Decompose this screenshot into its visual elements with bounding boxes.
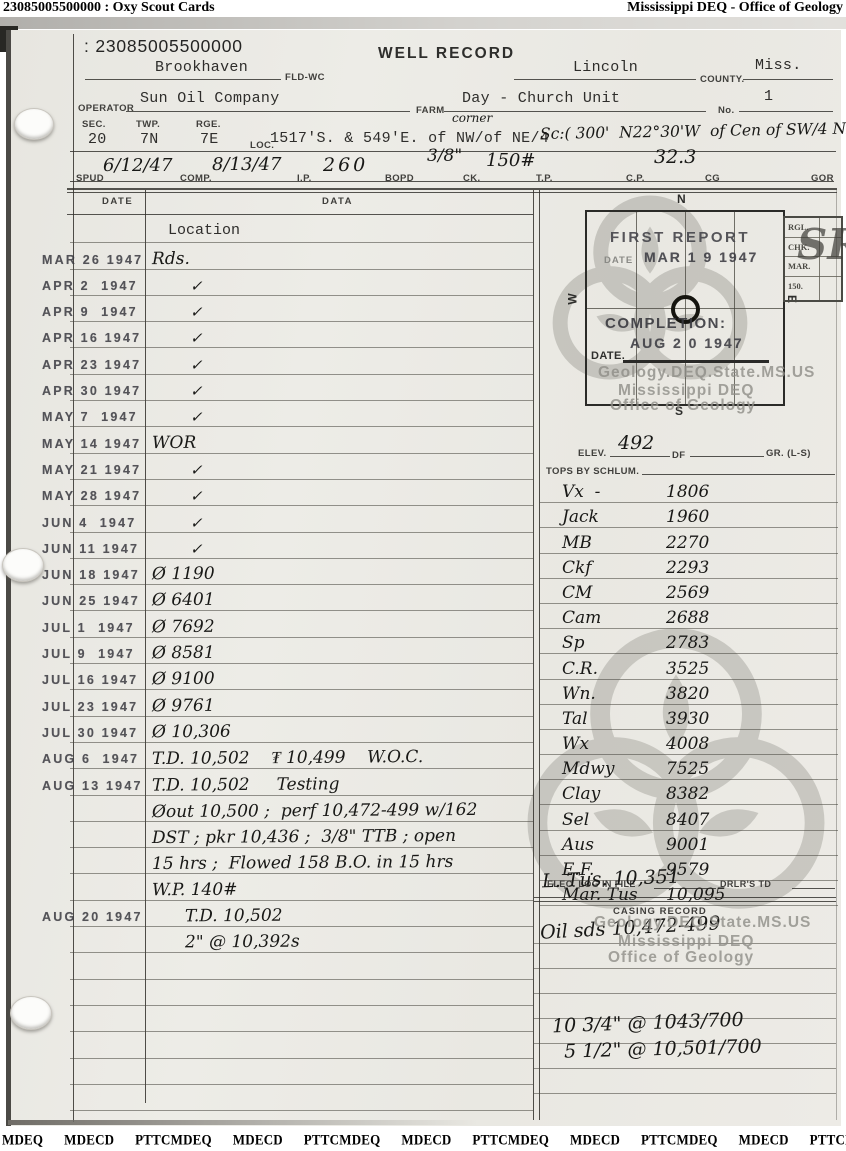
punch-hole — [14, 108, 54, 140]
table-top-line-2 — [67, 192, 837, 193]
formation-name: Vx - — [562, 482, 600, 502]
log-data-entry: Ø 9761 — [152, 695, 215, 715]
log-row: 2" @ 10,392s — [70, 927, 533, 953]
scan-bottom-edge — [8, 1120, 478, 1125]
formation-top-row: CM2569 — [540, 579, 838, 604]
page-title-bar: 23085005500000 : Oxy Scout Cards Mississ… — [0, 0, 846, 17]
title-bar-left: 23085005500000 : Oxy Scout Cards — [3, 0, 215, 17]
log-date-stamp: APR 16 1947 — [42, 331, 141, 345]
tops-rows: Vx -1806Jack1960MB2270Ckf2293CM2569Cam26… — [540, 478, 838, 906]
formation-top-row: Jack1960 — [540, 503, 838, 528]
log-date-stamp: JUN 4 1947 — [42, 516, 136, 530]
log-row: APR 23 1947✓ — [70, 348, 533, 374]
date-column-header: DATE — [102, 196, 133, 207]
formation-name: Sel — [562, 810, 589, 830]
comp-value: 8/13/47 — [212, 154, 281, 175]
footer-bar: MDEQ MDECD PTTCMDEQ MDECD PTTCMDEQ MDECD… — [0, 1129, 846, 1151]
log-row: AUG 20 1947T.D. 10,502 — [70, 901, 533, 927]
tops-underline — [642, 474, 835, 475]
scout-location-note: Sc:( 300' N22°30'W of Cen of SW/4 NE/4 ) — [540, 119, 846, 143]
formation-depth: 2270 — [666, 533, 709, 553]
watermark-url: Geology.DEQ.State.MS.US — [598, 364, 815, 382]
first-report-date-stamp: MAR 1 9 1947 — [644, 249, 758, 265]
drlrs-td-label: DRLR'S TD — [720, 879, 771, 889]
drlrs-td-underline — [792, 888, 835, 889]
log-date-stamp: JUN 11 1947 — [42, 542, 139, 556]
formation-name: Mdwy — [562, 759, 614, 779]
df-label: DF — [672, 450, 685, 461]
file-routing-stamp: RGL.CHK.MAR.150. SR — [783, 216, 843, 302]
state-underline — [743, 79, 833, 80]
log-data-entry: Ø 6401 — [152, 590, 215, 610]
log-date-stamp: MAY 7 1947 — [42, 410, 138, 424]
log-row: MAR 26 1947Rds. — [70, 243, 533, 269]
log-row: JUL 9 1947Ø 8581 — [70, 638, 533, 664]
field-underline — [85, 79, 281, 80]
log-date-stamp: JUL 30 1947 — [42, 726, 138, 740]
log-row: JUN 11 1947✓ — [70, 533, 533, 559]
formation-top-row: Wx4008 — [540, 730, 838, 755]
formation-top-row: MB2270 — [540, 528, 838, 553]
elev-label: ELEV. — [578, 448, 607, 459]
formation-depth: 8407 — [666, 810, 709, 830]
log-data-entry: ✓ — [190, 461, 203, 479]
formation-name: Clay — [562, 784, 600, 804]
formation-name: Sp — [562, 633, 585, 653]
county-value: Lincoln — [573, 59, 638, 76]
log-row: JUL 16 1947Ø 9100 — [70, 664, 533, 690]
log-date-stamp: AUG 6 1947 — [42, 752, 139, 766]
formation-name: Jack — [562, 507, 599, 527]
formation-name: Wx — [562, 734, 589, 754]
log-row: JUL 1 1947Ø 7692 — [70, 611, 533, 637]
operator-value: Sun Oil Company — [140, 90, 280, 107]
formation-name: Aus — [562, 835, 594, 855]
log-row: JUL 23 1947Ø 9761 — [70, 690, 533, 716]
data-column-header: DATA — [322, 196, 353, 207]
title-bar-right: Mississippi DEQ - Office of Geology — [627, 0, 843, 17]
formation-name: Tal — [562, 709, 588, 729]
formation-top-row: Sel8407 — [540, 805, 838, 830]
log-row: 15 hrs ; Flowed 158 B.O. in 15 hrs — [70, 848, 533, 874]
log-data-entry: Ø 7692 — [152, 617, 215, 637]
first-report-date-label: DATE — [604, 255, 633, 266]
log-data-entry: Location — [168, 222, 240, 239]
twp-value: 7N — [140, 131, 159, 148]
log-date-stamp: JUL 16 1947 — [42, 673, 138, 687]
log-date-stamp: MAR 26 1947 — [42, 253, 143, 267]
log-date-stamp: JUL 1 1947 — [42, 621, 135, 635]
farm-label: FARM — [416, 105, 445, 116]
choke-value: 3/8" — [427, 146, 462, 166]
formation-top-row: Wn.3820 — [540, 680, 838, 705]
formation-name: MB — [562, 533, 592, 553]
log-data-entry: T.D. 10,502 Testing — [152, 774, 340, 795]
log-row: JUL 30 1947Ø 10,306 — [70, 717, 533, 743]
formation-top-row: Cam2688 — [540, 604, 838, 629]
field-name-value: Brookhaven — [155, 59, 248, 76]
formation-depth: 3820 — [666, 684, 709, 704]
log-data-entry: WOR — [152, 433, 196, 453]
formation-name: Ckf — [562, 558, 592, 578]
log-date-stamp: MAY 21 1947 — [42, 463, 141, 477]
log-data-entry: ✓ — [190, 540, 203, 558]
watermark-office-bottom: Office of Geology — [608, 949, 754, 967]
ck-value: 150# — [486, 150, 535, 171]
formation-name: C.R. — [562, 659, 598, 679]
field-label: FLD-WC — [285, 72, 325, 83]
formation-depth: 2569 — [666, 583, 709, 603]
log-row: JUN 4 1947✓ — [70, 506, 533, 532]
spud-value: 6/12/47 — [103, 155, 172, 176]
log-data-entry: 15 hrs ; Flowed 158 B.O. in 15 hrs — [152, 852, 453, 874]
log-row: DST ; pkr 10,436 ; 3/8" TTB ; open — [70, 822, 533, 848]
log-row: Øout 10,500 ; perf 10,472-499 w/162 — [70, 796, 533, 822]
gr-label: GR. (L-S) — [766, 448, 811, 459]
completion-date-stamp: AUG 2 0 1947 — [630, 335, 744, 351]
log-row: MAY 14 1947WOR — [70, 427, 533, 453]
log-row — [70, 1006, 533, 1032]
log-row: W.P. 140# — [70, 874, 533, 900]
formation-depth: 2688 — [666, 608, 709, 628]
footer-group: MDEQ MDECD PTTC — [677, 1131, 846, 1149]
elev-value: 492 — [618, 432, 654, 454]
state-value: Miss. — [755, 57, 802, 74]
log-row — [70, 1059, 533, 1085]
formation-depth: 2783 — [666, 633, 709, 653]
log-data-entry: ✓ — [190, 303, 203, 321]
sec-value: 20 — [88, 131, 107, 148]
log-data-entry: ✓ — [190, 329, 203, 347]
log-row — [70, 1032, 533, 1058]
log-row: APR 16 1947✓ — [70, 322, 533, 348]
log-date-stamp: APR 30 1947 — [42, 384, 141, 398]
twp-label: TWP. — [136, 119, 160, 130]
county-label: COUNTY. — [700, 74, 745, 85]
formation-depth: 3525 — [666, 659, 709, 679]
log-row: Location — [70, 217, 533, 243]
county-underline — [514, 79, 696, 80]
log-data-entry: ✓ — [190, 277, 203, 295]
log-row: MAY 21 1947✓ — [70, 454, 533, 480]
well-record-card: : 23085005500000 WELL RECORD Brookhaven … — [6, 30, 841, 1126]
formation-depth: 2293 — [666, 558, 709, 578]
formation-depth: 3930 — [666, 709, 709, 729]
formation-top-row: Sp2783 — [540, 629, 838, 654]
log-data-entry: ✓ — [190, 356, 203, 374]
well-no-label: No. — [718, 105, 735, 116]
log-date-stamp: MAY 14 1947 — [42, 437, 141, 451]
completion-date-underline — [623, 360, 769, 363]
ip-value: 260 — [323, 154, 368, 176]
watermark-office: Office of Geology — [610, 397, 756, 415]
well-no-underline — [739, 111, 833, 112]
footer-group: MDEQ MDECD PTTC — [508, 1131, 677, 1149]
footer-group: MDEQ MDECD PTTC — [171, 1131, 340, 1149]
first-report-stamp: FIRST REPORT — [610, 229, 750, 246]
log-date-stamp: JUL 23 1947 — [42, 700, 138, 714]
tops-label: TOPS BY SCHLUM. — [546, 466, 639, 477]
elev-underline — [610, 456, 670, 457]
rge-label: RGE. — [196, 119, 221, 130]
log-date-stamp: AUG 20 1947 — [42, 910, 143, 924]
punch-hole — [2, 548, 44, 582]
log-date-stamp: AUG 13 1947 — [42, 779, 143, 793]
formation-top-row: Tal3930 — [540, 705, 838, 730]
log-row: MAY 28 1947✓ — [70, 480, 533, 506]
log-row — [70, 980, 533, 1006]
log-row — [70, 1085, 533, 1111]
log-data-entry: Ø 10,306 — [152, 722, 231, 743]
operator-underline — [126, 111, 410, 112]
log-row: AUG 6 1947T.D. 10,502 ₮ 10,499 W.O.C. — [70, 743, 533, 769]
completion-date-label: DATE. — [591, 350, 625, 362]
formation-depth: 1960 — [666, 507, 709, 527]
spud-line-underline — [70, 181, 834, 182]
completion-stamp: COMPLETION: — [605, 315, 727, 332]
formation-depth: 4008 — [666, 734, 709, 754]
formation-name: CM — [562, 583, 592, 603]
records-divider-2 — [534, 901, 836, 902]
log-date-stamp: APR 23 1947 — [42, 358, 141, 372]
log-data-entry: ✓ — [190, 408, 203, 426]
rge-value: 7E — [200, 131, 219, 148]
log-rows: LocationMAR 26 1947Rds.APR 2 1947✓APR 9 … — [70, 217, 533, 1137]
farm-value: Day - Church Unit — [462, 90, 620, 107]
loc-value: 1517'S. & 549'E. of NW/of NE/4 — [270, 130, 549, 147]
formation-top-row: Ckf2293 — [540, 554, 838, 579]
log-row: MAY 7 1947✓ — [70, 401, 533, 427]
card-title: WELL RECORD — [378, 45, 515, 63]
table-header-underline — [67, 214, 533, 215]
cp-value: 32.3 — [654, 146, 696, 168]
log-row: APR 9 1947✓ — [70, 296, 533, 322]
formation-depth: 7525 — [666, 759, 709, 779]
compass-west-label: W — [566, 293, 580, 304]
formation-top-row: Clay8382 — [540, 780, 838, 805]
log-data-entry: 2" @ 10,392s — [185, 932, 300, 953]
log-data-entry: ✓ — [190, 382, 203, 400]
formation-depth: 8382 — [666, 784, 709, 804]
log-date-stamp: JUN 18 1947 — [42, 568, 140, 582]
table-top-line-1 — [67, 188, 837, 190]
log-date-stamp: APR 9 1947 — [42, 305, 138, 319]
footer-group: MDEQ MDECD PTTC — [339, 1131, 508, 1149]
formation-top-row: C.R.3525 — [540, 654, 838, 679]
formation-top-row: Vx -1806 — [540, 478, 838, 503]
log-data-entry: DST ; pkr 10,436 ; 3/8" TTB ; open — [152, 826, 456, 848]
compass-north-label: N — [677, 192, 686, 206]
log-data-entry: ✓ — [190, 487, 203, 505]
log-data-entry: Øout 10,500 ; perf 10,472-499 w/162 — [152, 800, 477, 822]
reviewer-initials: SR — [797, 220, 846, 269]
corner-annotation: corner — [452, 111, 492, 125]
watermark-url-bottom: Geology.DEQ.State.MS.US — [594, 914, 811, 932]
log-date-stamp: JUL 9 1947 — [42, 647, 135, 661]
log-row: APR 30 1947✓ — [70, 375, 533, 401]
log-row: JUN 25 1947Ø 6401 — [70, 585, 533, 611]
sec-label: SEC. — [82, 119, 106, 130]
log-row: APR 2 1947✓ — [70, 270, 533, 296]
log-row: AUG 13 1947T.D. 10,502 Testing — [70, 769, 533, 795]
log-data-entry: T.D. 10,502 — [185, 906, 283, 927]
formation-name: Cam — [562, 608, 601, 628]
formation-top-row: Aus9001 — [540, 831, 838, 856]
log-date-stamp: JUN 25 1947 — [42, 594, 140, 608]
formation-depth: 9001 — [666, 835, 709, 855]
log-data-entry: W.P. 140# — [152, 879, 238, 900]
log-data-entry: Ø 9100 — [152, 669, 215, 689]
log-data-entry: T.D. 10,502 ₮ 10,499 W.O.C. — [152, 747, 423, 769]
scan-top-edge — [0, 17, 846, 29]
formation-depth: 1806 — [666, 482, 709, 502]
log-row — [70, 953, 533, 979]
log-date-stamp: MAY 28 1947 — [42, 489, 141, 503]
formation-name: Wn. — [562, 684, 596, 704]
log-row: JUN 18 1947Ø 1190 — [70, 559, 533, 585]
api-number-stamp: : 23085005500000 — [84, 36, 243, 57]
log-data-entry: Ø 8581 — [152, 643, 215, 663]
well-no-value: 1 — [764, 88, 773, 105]
log-data-entry: ✓ — [190, 514, 203, 532]
records-divider-1 — [534, 897, 836, 898]
df-underline — [690, 456, 764, 457]
log-data-entry: Rds. — [152, 248, 190, 268]
punch-hole — [10, 996, 52, 1030]
log-data-entry: Ø 1190 — [152, 564, 215, 584]
file-stamp-row: 150. — [785, 277, 841, 297]
elec-log-underline — [654, 888, 716, 889]
log-date-stamp: APR 2 1947 — [42, 279, 138, 293]
formation-top-row: Mdwy7525 — [540, 755, 838, 780]
footer-group: MDEQ MDECD PTTC — [2, 1131, 171, 1149]
